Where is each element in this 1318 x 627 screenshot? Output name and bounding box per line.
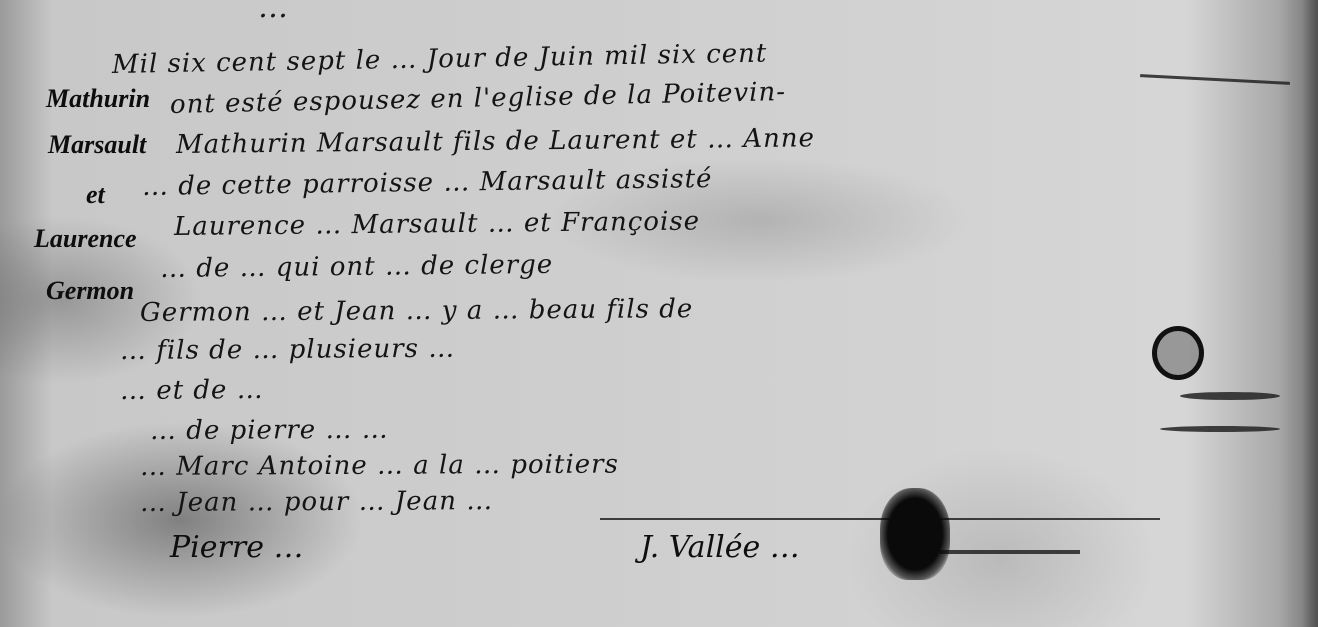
text-line-2: ont esté espousez en l'eglise de la Poit…	[170, 77, 787, 120]
page-edge-shadow	[1302, 0, 1318, 627]
manuscript-page: … Mathurin Marsault et Laurence Germon M…	[0, 0, 1318, 627]
ink-blot	[880, 488, 950, 580]
ink-flourish-mark	[1152, 326, 1204, 380]
signature-1: Pierre …	[170, 530, 304, 565]
margin-name-germon: Germon	[46, 276, 134, 306]
margin-name-laurence: Laurence	[34, 224, 137, 254]
ink-stroke	[1160, 426, 1280, 432]
margin-name-marsault: Marsault	[48, 130, 146, 160]
ink-stroke	[940, 550, 1080, 554]
text-line-6: … de … qui ont … de clerge	[160, 250, 553, 284]
signature-2: J. Vallée …	[640, 530, 800, 565]
text-line-12: … Jean … pour … Jean …	[140, 486, 493, 518]
text-line-7: Germon … et Jean … y a … beau fils de	[140, 294, 693, 328]
header-fragment: …	[258, 0, 288, 25]
text-line-4: … de cette parroisse … Marsault assisté	[142, 164, 713, 202]
ink-stroke	[1180, 392, 1280, 400]
text-line-11: … Marc Antoine … a la … poitiers	[140, 449, 619, 482]
text-line-3: Mathurin Marsault fils de Laurent et … A…	[176, 123, 815, 160]
margin-name-et: et	[86, 180, 105, 210]
text-line-9: … et de …	[120, 375, 264, 406]
text-line-1: Mil six cent sept le … Jour de Juin mil …	[112, 39, 768, 80]
margin-name-mathurin: Mathurin	[46, 84, 150, 114]
text-line-8: … fils de … plusieurs …	[120, 334, 455, 366]
ink-stroke	[1140, 74, 1290, 85]
text-line-10: … de pierre … …	[150, 415, 389, 446]
text-line-5: Laurence … Marsault … et Françoise	[174, 206, 700, 242]
